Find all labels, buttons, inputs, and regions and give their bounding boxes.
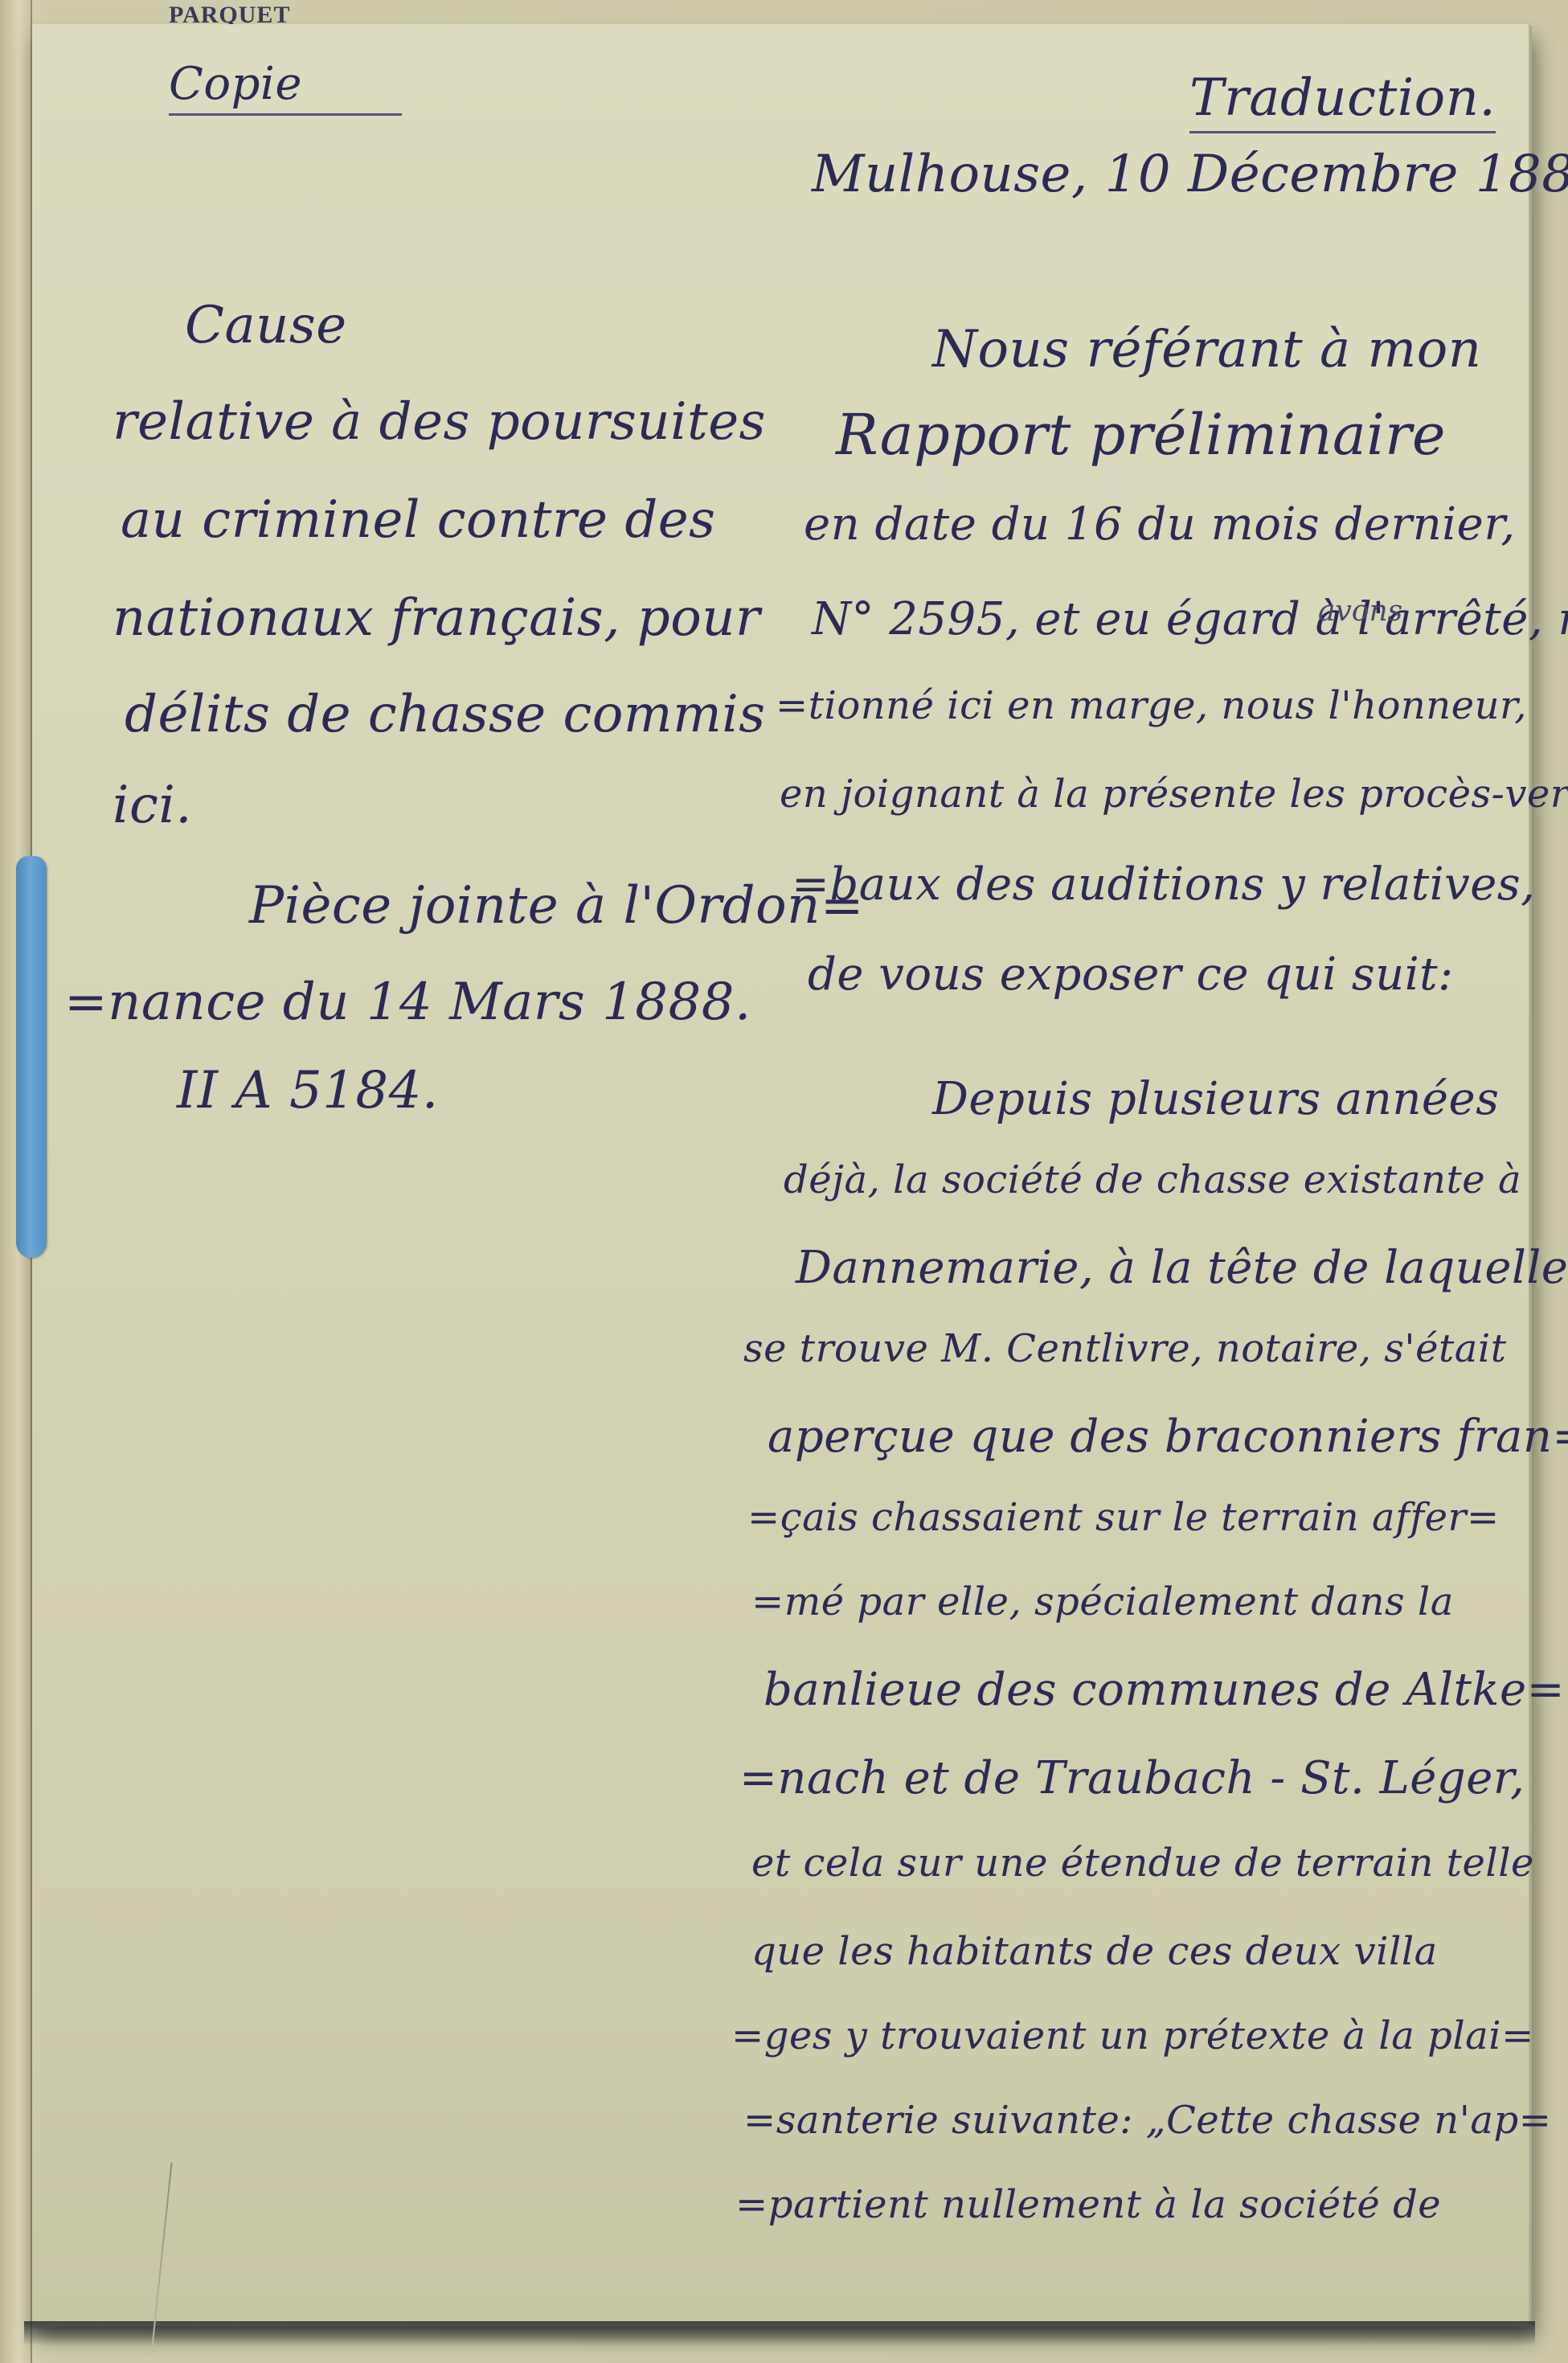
body-line: Rapport préliminaire bbox=[836, 402, 1446, 468]
body-line: de vous exposer ce qui suit: bbox=[808, 948, 1454, 1001]
margin-line: nationaux français, pour bbox=[113, 588, 760, 648]
body-line: Dannemarie, à la tête de laquelle bbox=[796, 1242, 1568, 1294]
copy-mark: Copie bbox=[169, 58, 402, 116]
margin-line: Cause bbox=[185, 296, 347, 355]
margin-line: relative à des poursuites bbox=[113, 392, 766, 452]
body-line: déjà, la société de chasse existante à bbox=[784, 1157, 1521, 1202]
body-line: que les habitants de ces deux villa bbox=[751, 1929, 1438, 1974]
body-line: Depuis plusieurs années bbox=[932, 1073, 1499, 1125]
margin-line: ici. bbox=[113, 776, 192, 835]
binding-ribbon bbox=[16, 856, 47, 1258]
body-line: Nous référant à mon bbox=[932, 320, 1481, 379]
reference-number: II A 5184. bbox=[177, 1061, 439, 1120]
body-line: banlieue des communes de Altke= bbox=[764, 1664, 1565, 1716]
body-line: =santerie suivante: „Cette chasse n'ap= bbox=[743, 2098, 1551, 2143]
margin-line: délits de chasse commis bbox=[125, 685, 766, 744]
place-date: Mulhouse, 10 Décembre 1888. bbox=[812, 145, 1568, 204]
body-line: =tionné ici en marge, nous l'honneur, bbox=[776, 683, 1527, 728]
body-line: =partient nullement à la société de bbox=[735, 2182, 1441, 2227]
margin-line: Pièce jointe à l'Ordon= bbox=[249, 876, 864, 936]
body-line: se trouve M. Centlivre, notaire, s'était bbox=[743, 1326, 1507, 1371]
body-line: et cela sur une étendue de terrain telle bbox=[751, 1841, 1534, 1886]
translation-mark: Traduction. bbox=[1189, 68, 1496, 133]
margin-line: au criminel contre des bbox=[121, 490, 716, 550]
body-line: =baux des auditions y relatives, bbox=[792, 858, 1535, 911]
body-line: en joignant à la présente les procès-ver… bbox=[780, 772, 1568, 817]
margin-line: =nance du 14 Mars 1888. bbox=[64, 973, 751, 1032]
body-line: =nach et de Traubach - St. Léger, bbox=[739, 1752, 1525, 1804]
body-line: aperçue que des braconniers fran= bbox=[768, 1411, 1568, 1463]
inserted-word: avons bbox=[1318, 595, 1402, 628]
body-line: =çais chassaient sur le terrain affer= bbox=[747, 1495, 1500, 1540]
body-line: =mé par elle, spécialement dans la bbox=[751, 1579, 1454, 1624]
body-line: =ges y trouvaient un prétexte à la plai= bbox=[731, 2013, 1534, 2058]
body-line: en date du 16 du mois dernier, bbox=[804, 498, 1516, 551]
page-shadow bbox=[24, 2321, 1535, 2345]
body-line: N° 2595, et eu égard à l'arrêté, men= bbox=[812, 593, 1568, 645]
